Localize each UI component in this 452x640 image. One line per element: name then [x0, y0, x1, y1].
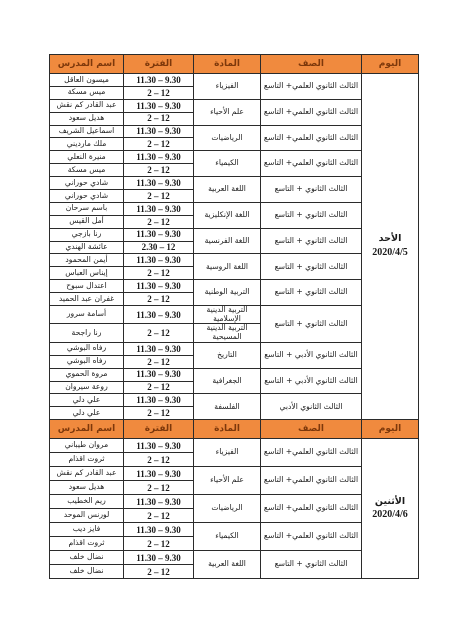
subject-cell: الجغرافية: [194, 368, 261, 394]
period-cell: 11.30 – 9.30: [124, 254, 194, 267]
teacher-cell: رفاه البوشي: [50, 342, 124, 355]
period-cell: 2 – 12: [124, 112, 194, 125]
header-teacher: اسم المدرس: [50, 420, 124, 439]
period-cell: 11.30 – 9.30: [124, 523, 194, 537]
teacher-cell: روعة سيروان: [50, 381, 124, 394]
document-page: اليومالصفالمادةالفترةاسم المدرسالأحد2020…: [0, 0, 452, 640]
period-cell: 2 – 12: [124, 509, 194, 523]
teacher-cell: أسامة سرور: [50, 306, 124, 324]
period-cell: 11.30 – 9.30: [124, 228, 194, 241]
class-cell: الثالث الثانوي العلمي+ التاسع: [261, 125, 362, 151]
period-cell: 2.30 – 12: [124, 241, 194, 254]
subject-cell: اللغة الفرنسية: [194, 228, 261, 254]
class-cell: الثالث الثانوي الأدبي: [261, 394, 362, 420]
period-cell: 11.30 – 9.30: [124, 394, 194, 407]
header-period: الفترة: [124, 55, 194, 74]
class-cell: الثالث الثانوي + التاسع: [261, 306, 362, 343]
header-period: الفترة: [124, 420, 194, 439]
period-cell: 2 – 12: [124, 86, 194, 99]
header-subject: المادة: [194, 420, 261, 439]
teacher-cell: عبد القادر كم نقش: [50, 467, 124, 481]
teacher-cell: ميس مسكة: [50, 164, 124, 177]
day-cell: الأحد2020/4/5: [362, 74, 419, 420]
subject-cell: التربية الدينية المسيحية: [194, 324, 261, 342]
teacher-cell: أمل القيس: [50, 215, 124, 228]
period-cell: 2 – 12: [124, 293, 194, 306]
subject-cell: اللغة الروسية: [194, 254, 261, 280]
class-cell: الثالث الثانوي العلمي+ التاسع: [261, 495, 362, 523]
period-cell: 11.30 – 9.30: [124, 125, 194, 138]
period-cell: 11.30 – 9.30: [124, 306, 194, 324]
subject-cell: التربية الوطنية: [194, 280, 261, 306]
header-day: اليوم: [362, 420, 419, 439]
period-cell: 2 – 12: [124, 215, 194, 228]
teacher-cell: منيرة النعلي: [50, 151, 124, 164]
day-name: الأحد: [363, 234, 417, 245]
teacher-cell: علي دلي: [50, 394, 124, 407]
day-date: 2020/4/5: [363, 247, 417, 259]
period-cell: 11.30 – 9.30: [124, 74, 194, 87]
period-cell: 11.30 – 9.30: [124, 177, 194, 190]
class-cell: الثالث الثانوي العلمي+ التاسع: [261, 74, 362, 100]
header-row: اليومالصفالمادةالفترةاسم المدرس: [50, 55, 419, 74]
period-cell: 2 – 12: [124, 267, 194, 280]
class-cell: الثالث الثانوي + التاسع: [261, 177, 362, 203]
period-cell: 11.30 – 9.30: [124, 467, 194, 481]
period-cell: 11.30 – 9.30: [124, 280, 194, 293]
period-cell: 2 – 12: [124, 355, 194, 368]
teacher-cell: هديل سعود: [50, 481, 124, 495]
teacher-cell: علي دلي: [50, 407, 124, 420]
day-date: 2020/4/6: [363, 509, 417, 521]
teacher-cell: شادي حوراني: [50, 177, 124, 190]
class-cell: الثالث الثانوي الأدبي + التاسع: [261, 368, 362, 394]
period-cell: 11.30 – 9.30: [124, 202, 194, 215]
header-row: اليومالصفالمادةالفترةاسم المدرس: [50, 420, 419, 439]
class-cell: الثالث الثانوي العلمي+ التاسع: [261, 467, 362, 495]
period-cell: 2 – 12: [124, 537, 194, 551]
period-cell: 2 – 12: [124, 381, 194, 394]
subject-cell: الرياضيات: [194, 125, 261, 151]
period-cell: 11.30 – 9.30: [124, 368, 194, 381]
class-cell: الثالث الثانوي + التاسع: [261, 254, 362, 280]
teacher-cell: مروة الحموي: [50, 368, 124, 381]
teacher-cell: مروان طيباني: [50, 439, 124, 453]
class-cell: الثالث الثانوي + التاسع: [261, 228, 362, 254]
teacher-cell: ثروت اقذام: [50, 537, 124, 551]
period-cell: 2 – 12: [124, 190, 194, 203]
period-cell: 11.30 – 9.30: [124, 439, 194, 453]
period-cell: 11.30 – 9.30: [124, 342, 194, 355]
class-cell: الثالث الثانوي + التاسع: [261, 280, 362, 306]
subject-cell: الرياضيات: [194, 495, 261, 523]
teacher-cell: هديل سعود: [50, 112, 124, 125]
header-class: الصف: [261, 420, 362, 439]
teacher-cell: اعتدال سبوح: [50, 280, 124, 293]
schedule-row: الأثنين2020/4/6الثالث الثانوي العلمي+ ال…: [50, 439, 419, 453]
teacher-cell: اسماعيل الشريف: [50, 125, 124, 138]
teacher-cell: رنا راجحة: [50, 324, 124, 342]
period-cell: 11.30 – 9.30: [124, 495, 194, 509]
header-teacher: اسم المدرس: [50, 55, 124, 74]
class-cell: الثالث الثانوي + التاسع: [261, 202, 362, 228]
header-class: الصف: [261, 55, 362, 74]
teacher-cell: أيمن المحمود: [50, 254, 124, 267]
period-cell: 2 – 12: [124, 407, 194, 420]
subject-cell: الفيزياء: [194, 439, 261, 467]
period-cell: 11.30 – 9.30: [124, 151, 194, 164]
teacher-cell: ملك مارديني: [50, 138, 124, 151]
class-cell: الثالث الثانوي العلمي+ التاسع: [261, 439, 362, 467]
subject-cell: التاريخ: [194, 342, 261, 368]
period-cell: 2 – 12: [124, 324, 194, 342]
class-cell: الثالث الثانوي الأدبي + التاسع: [261, 342, 362, 368]
subject-cell: علم الأحياء: [194, 99, 261, 125]
teacher-cell: ميس مسكة: [50, 86, 124, 99]
period-cell: 2 – 12: [124, 565, 194, 579]
schedule-table-container: اليومالصفالمادةالفترةاسم المدرسالأحد2020…: [49, 54, 418, 579]
day-name: الأثنين: [363, 497, 417, 508]
class-cell: الثالث الثانوي + التاسع: [261, 551, 362, 579]
teacher-cell: عبد القادر كم نقش: [50, 99, 124, 112]
teacher-cell: ريم الخطيب: [50, 495, 124, 509]
subject-cell: اللغة الإنكليزية: [194, 202, 261, 228]
class-cell: الثالث الثانوي العلمي+ التاسع: [261, 523, 362, 551]
teacher-cell: باسم سرحان: [50, 202, 124, 215]
teacher-cell: ميسون العاقل: [50, 74, 124, 87]
class-cell: الثالث الثانوي العلمي+ التاسع: [261, 151, 362, 177]
period-cell: 11.30 – 9.30: [124, 551, 194, 565]
period-cell: 2 – 12: [124, 481, 194, 495]
subject-cell: علم الأحياء: [194, 467, 261, 495]
subject-cell: الفيزياء: [194, 74, 261, 100]
period-cell: 11.30 – 9.30: [124, 99, 194, 112]
schedule-row: الأحد2020/4/5الثالث الثانوي العلمي+ التا…: [50, 74, 419, 87]
class-cell: الثالث الثانوي العلمي+ التاسع: [261, 99, 362, 125]
teacher-cell: نضال خلف: [50, 565, 124, 579]
schedule-body: اليومالصفالمادةالفترةاسم المدرسالأحد2020…: [50, 55, 419, 579]
teacher-cell: إيناس العباس: [50, 267, 124, 280]
period-cell: 2 – 12: [124, 164, 194, 177]
teacher-cell: شادي حوراني: [50, 190, 124, 203]
teacher-cell: لورنس الموحد: [50, 509, 124, 523]
teacher-cell: رفاه البوشي: [50, 355, 124, 368]
teacher-cell: غفران عبد الحميد: [50, 293, 124, 306]
subject-cell: الفلسفة: [194, 394, 261, 420]
period-cell: 2 – 12: [124, 138, 194, 151]
subject-cell: التربية الدينية الإسلامية: [194, 306, 261, 324]
lesson-schedule-table: اليومالصفالمادةالفترةاسم المدرسالأحد2020…: [49, 54, 419, 579]
teacher-cell: ثروت اقذام: [50, 453, 124, 467]
header-day: اليوم: [362, 55, 419, 74]
day-cell: الأثنين2020/4/6: [362, 439, 419, 579]
header-subject: المادة: [194, 55, 261, 74]
subject-cell: الكيمياء: [194, 151, 261, 177]
teacher-cell: رنا بازجي: [50, 228, 124, 241]
teacher-cell: عائشة الهندي: [50, 241, 124, 254]
period-cell: 2 – 12: [124, 453, 194, 467]
subject-cell: اللغة العربية: [194, 177, 261, 203]
subject-cell: الكيمياء: [194, 523, 261, 551]
subject-cell: اللغة العربية: [194, 551, 261, 579]
teacher-cell: فايز ديب: [50, 523, 124, 537]
teacher-cell: نضال خلف: [50, 551, 124, 565]
